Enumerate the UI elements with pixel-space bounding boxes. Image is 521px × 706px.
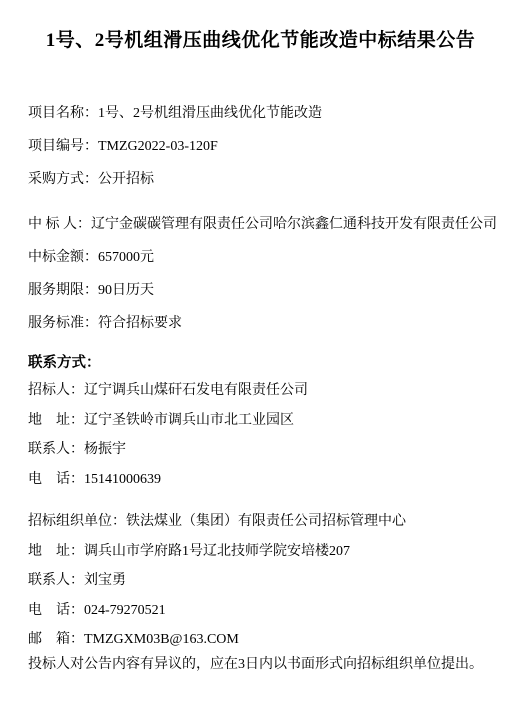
organizer-phone-value: 024-79270521 [84,603,166,618]
line-tenderer-name: 招标人：辽宁调兵山煤矸石发电有限责任公司 [28,376,493,406]
project-name-value: 1号、2号机组滑压曲线优化节能改造 [98,106,322,121]
line-tenderer-address: 地 址：辽宁圣铁岭市调兵山市北工业园区 [28,406,493,436]
service-period-value: 90日历天 [98,283,154,298]
tenderer-address-value: 辽宁圣铁岭市调兵山市北工业园区 [84,413,294,428]
tenderer-contact-person-label: 联系人： [28,442,84,457]
organizer-contact-person-value: 刘宝勇 [84,573,126,588]
contact-heading: 联系方式： [28,353,493,374]
line-winner: 中 标 人：辽宁金碳碳管理有限责任公司哈尔滨鑫仁通科技开发有限责任公司 [28,208,493,241]
award-amount-label: 中标金额： [28,250,98,265]
line-organizer-email: 邮 箱：TMZGXM03B@163.COM [28,625,493,655]
organizer-contact-person-label: 联系人： [28,573,84,588]
line-organizer-phone: 电 话：024-79270521 [28,596,493,626]
project-info-section: 项目名称：1号、2号机组滑压曲线优化节能改造 项目编号：TMZG2022-03-… [28,97,493,196]
winner-label: 中 标 人： [28,217,91,232]
project-number-label: 项目编号： [28,139,98,154]
organizer-email-value: TMZGXM03B@163.COM [84,632,239,647]
organizer-address-label: 地 址： [28,544,84,559]
line-service-standard: 服务标准：符合招标要求 [28,307,493,340]
tenderer-name-value: 辽宁调兵山煤矸石发电有限责任公司 [84,383,308,398]
line-organizer-name: 招标组织单位：铁法煤业（集团）有限责任公司招标管理中心 [28,507,493,537]
tenderer-contact-section: 招标人：辽宁调兵山煤矸石发电有限责任公司 地 址：辽宁圣铁岭市调兵山市北工业园区… [28,376,493,494]
procurement-method-value: 公开招标 [98,172,154,187]
tenderer-contact-person-value: 杨振宇 [84,442,126,457]
organizer-name-value: 铁法煤业（集团）有限责任公司招标管理中心 [126,514,406,529]
tenderer-name-label: 招标人： [28,383,84,398]
line-tenderer-contact-person: 联系人：杨振宇 [28,435,493,465]
organizer-phone-label: 电 话： [28,603,84,618]
page: { "title": "1号、2号机组滑压曲线优化节能改造中标结果公告", "p… [0,0,521,706]
organizer-name-label: 招标组织单位： [28,514,126,529]
tenderer-address-label: 地 址： [28,413,84,428]
organizer-contact-section: 招标组织单位：铁法煤业（集团）有限责任公司招标管理中心 地 址：调兵山市学府路1… [28,507,493,655]
tenderer-phone-value: 15141000639 [84,472,161,487]
organizer-address-value: 调兵山市学府路1号辽北技师学院安培楼207 [84,544,350,559]
document-body: 项目名称：1号、2号机组滑压曲线优化节能改造 项目编号：TMZG2022-03-… [0,97,521,675]
award-amount-value: 657000元 [98,250,154,265]
tenderer-phone-label: 电 话： [28,472,84,487]
project-name-label: 项目名称： [28,106,98,121]
winner-value: 辽宁金碳碳管理有限责任公司哈尔滨鑫仁通科技开发有限责任公司 [91,217,497,232]
line-award-amount: 中标金额：657000元 [28,241,493,274]
line-project-number: 项目编号：TMZG2022-03-120F [28,130,493,163]
service-standard-value: 符合招标要求 [98,316,182,331]
line-organizer-contact-person: 联系人：刘宝勇 [28,566,493,596]
line-project-name: 项目名称：1号、2号机组滑压曲线优化节能改造 [28,97,493,130]
line-tenderer-phone: 电 话：15141000639 [28,465,493,495]
award-info-section: 中 标 人：辽宁金碳碳管理有限责任公司哈尔滨鑫仁通科技开发有限责任公司 中标金额… [28,208,493,340]
announcement-document: 1号、2号机组滑压曲线优化节能改造中标结果公告 项目名称：1号、2号机组滑压曲线… [0,0,521,706]
service-standard-label: 服务标准： [28,316,98,331]
line-organizer-address: 地 址：调兵山市学府路1号辽北技师学院安培楼207 [28,537,493,567]
organizer-email-label: 邮 箱： [28,632,84,647]
service-period-label: 服务期限： [28,283,98,298]
line-procurement-method: 采购方式：公开招标 [28,163,493,196]
procurement-method-label: 采购方式： [28,172,98,187]
page-title: 1号、2号机组滑压曲线优化节能改造中标结果公告 [0,0,521,52]
footer-note: 投标人对公告内容有异议的，应在3日内以书面形式向招标组织单位提出。 [28,655,493,675]
line-service-period: 服务期限：90日历天 [28,274,493,307]
project-number-value: TMZG2022-03-120F [98,139,218,154]
